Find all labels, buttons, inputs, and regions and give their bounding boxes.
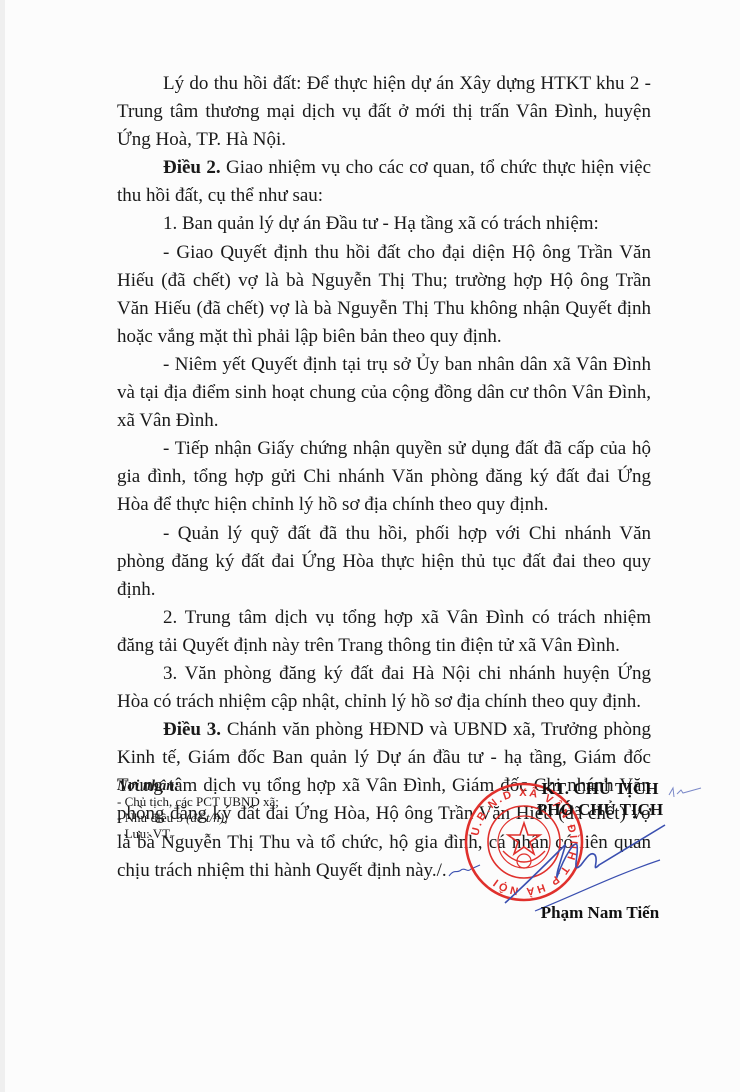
recipients-title: Nơi nhận: [117,778,397,794]
paragraph-item-1d: - Quản lý quỹ đất đã thu hồi, phối hợp v… [117,520,651,604]
paragraph-reason: Lý do thu hồi đất: Để thực hiện dự án Xâ… [117,70,651,154]
paragraph-text: 3. Văn phòng đăng ký đất đai Hà Nội chi … [117,663,651,712]
paragraph-item-2: 2. Trung tâm dịch vụ tổng hợp xã Vân Đìn… [117,604,651,660]
paragraph-article-2: Điều 2. Giao nhiệm vụ cho các cơ quan, t… [117,154,651,210]
recipient-item: - Như điều 3 (để t/h); [117,810,397,826]
recipient-text: - Như điều 3 [117,810,186,825]
paragraph-item-1b: - Niêm yết Quyết định tại trụ sở Ủy ban … [117,351,651,435]
article-heading: Điều 3. [163,719,221,740]
recipient-text: - Lưu: VT. [117,826,172,841]
signature-block: U.B.N.D XÃ VÂN ĐÌNH T.P HÀ NỘI KT. CHỦ T… [455,775,705,935]
article-heading: Điều 2. [163,157,221,178]
paragraph-item-1: 1. Ban quản lý dự án Đầu tư - Hạ tầng xã… [117,210,651,238]
recipient-item: - Lưu: VT. [117,826,397,842]
initial-mark-icon [667,785,703,801]
paragraph-text: - Niêm yết Quyết định tại trụ sở Ủy ban … [117,354,651,431]
paragraph-text: 1. Ban quản lý dự án Đầu tư - Hạ tầng xã… [163,213,599,234]
paragraph-text: - Giao Quyết định thu hồi đất cho đại di… [117,242,651,347]
paragraph-item-3: 3. Văn phòng đăng ký đất đai Hà Nội chi … [117,660,651,716]
paragraph-item-1c: - Tiếp nhận Giấy chứng nhận quyền sử dụn… [117,435,651,519]
recipient-note: (để t/h) [186,810,224,825]
paragraph-text: 2. Trung tâm dịch vụ tổng hợp xã Vân Đìn… [117,607,651,656]
paragraph-item-1a: - Giao Quyết định thu hồi đất cho đại di… [117,239,651,351]
document-body: Lý do thu hồi đất: Để thực hiện dự án Xâ… [117,70,651,885]
handwritten-signature-icon [495,815,675,915]
paragraph-text: - Tiếp nhận Giấy chứng nhận quyền sử dụn… [117,438,651,515]
paragraph-text: Lý do thu hồi đất: Để thực hiện dự án Xâ… [117,73,651,150]
recipient-punct: ; [224,810,228,825]
recipient-text: - Chủ tịch, các PCT UBND xã; [117,794,279,809]
signer-name: Phạm Nam Tiến [475,903,725,923]
paragraph-text: - Quản lý quỹ đất đã thu hồi, phối hợp v… [117,523,651,600]
recipient-item: - Chủ tịch, các PCT UBND xã; [117,794,397,810]
recipients-block: Nơi nhận: - Chủ tịch, các PCT UBND xã; -… [117,778,397,842]
